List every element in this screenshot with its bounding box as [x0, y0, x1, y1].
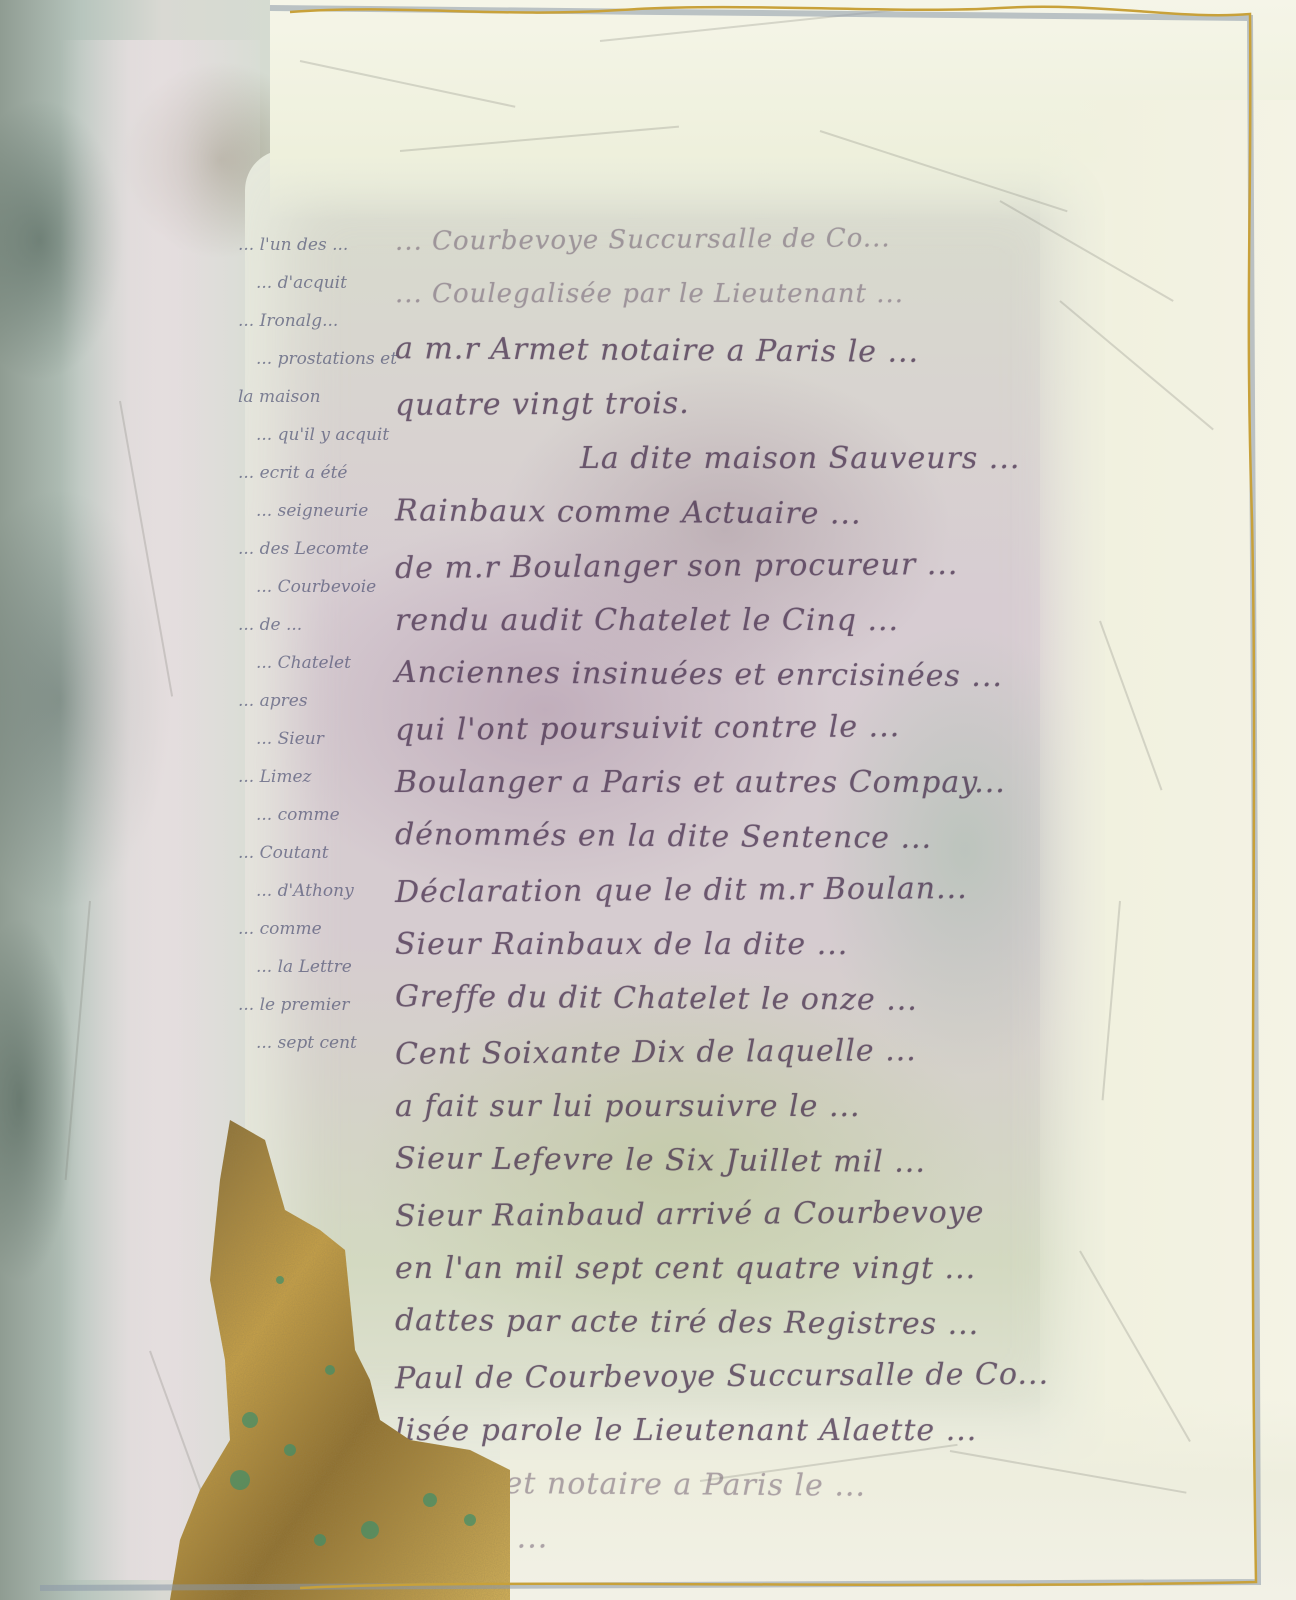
margin-note: ... Courbevoie [256, 577, 376, 597]
manuscript-line: Greffe du dit Chatelet le onze ... [395, 979, 918, 1018]
margin-note: ... sept cent [256, 1033, 357, 1053]
manuscript-line: Boulanger a Paris et autres Compay... [395, 765, 1006, 800]
manuscript-line: qui l'ont poursuivit contre le ... [395, 709, 900, 748]
manuscript-line: a fait sur lui poursuivre le ... [395, 1089, 861, 1124]
margin-note: ... des Lecomte [238, 539, 369, 559]
margin-note: ... qu'il y acquit [256, 425, 389, 445]
manuscript-line: a m.r Armet notaire a Paris le ... [395, 331, 919, 370]
manuscript-line: Sieur Rainbaux de la dite ... [395, 927, 848, 962]
margin-note: ... Sieur [256, 729, 324, 749]
manuscript-line: ... Courbevoye Succursalle de Co... [395, 223, 891, 256]
margin-note: ... de ... [238, 615, 302, 635]
margin-note: ... comme [256, 805, 340, 825]
margin-note: ... comme [238, 919, 322, 939]
manuscript-line: ... Coulegalisée par le Lieutenant ... [395, 279, 904, 309]
manuscript-line: La dite maison Sauveurs ... [580, 441, 1020, 476]
manuscript-line: Rainbaux comme Actuaire ... [395, 493, 862, 531]
margin-note: ... d'Athony [256, 881, 354, 901]
margin-note: ... seigneurie [256, 501, 368, 521]
margin-note: ... d'acquit [256, 273, 347, 293]
margin-note: ... la Lettre [256, 957, 352, 977]
margin-note: ... ecrit a été [238, 463, 348, 483]
margin-note: ... Limez [238, 767, 311, 787]
margin-note: ... prostations et [256, 349, 397, 369]
manuscript-line: Déclaration que le dit m.r Boulan... [395, 871, 968, 910]
manuscript-line: dénommés en la dite Sentence ... [395, 817, 932, 856]
margin-note: ... apres [238, 691, 308, 711]
margin-note: ... le premier [238, 995, 349, 1015]
manuscript-line: Cent Soixante Dix de laquelle ... [395, 1033, 917, 1072]
margin-note: ... l'un des ... [238, 235, 348, 255]
manuscript-line: rendu audit Chatelet le Cinq ... [395, 603, 899, 638]
manuscript-line: Anciennes insinuées et enrcisinées ... [395, 655, 1003, 694]
margin-note: ... Coutant [238, 843, 329, 863]
margin-note: la maison [238, 387, 321, 407]
gold-leaf-patch [170, 1120, 510, 1600]
margin-note: ... Chatelet [256, 653, 351, 673]
manuscript-line: quatre vingt trois. [395, 386, 690, 423]
manuscript-line: de m.r Boulanger son procureur ... [395, 547, 959, 586]
right-tissue-layer [1040, 100, 1296, 1600]
margin-note: ... Ironalg... [238, 311, 338, 331]
artwork-canvas: ... Courbevoye Succursalle de Co...... C… [0, 0, 1296, 1600]
